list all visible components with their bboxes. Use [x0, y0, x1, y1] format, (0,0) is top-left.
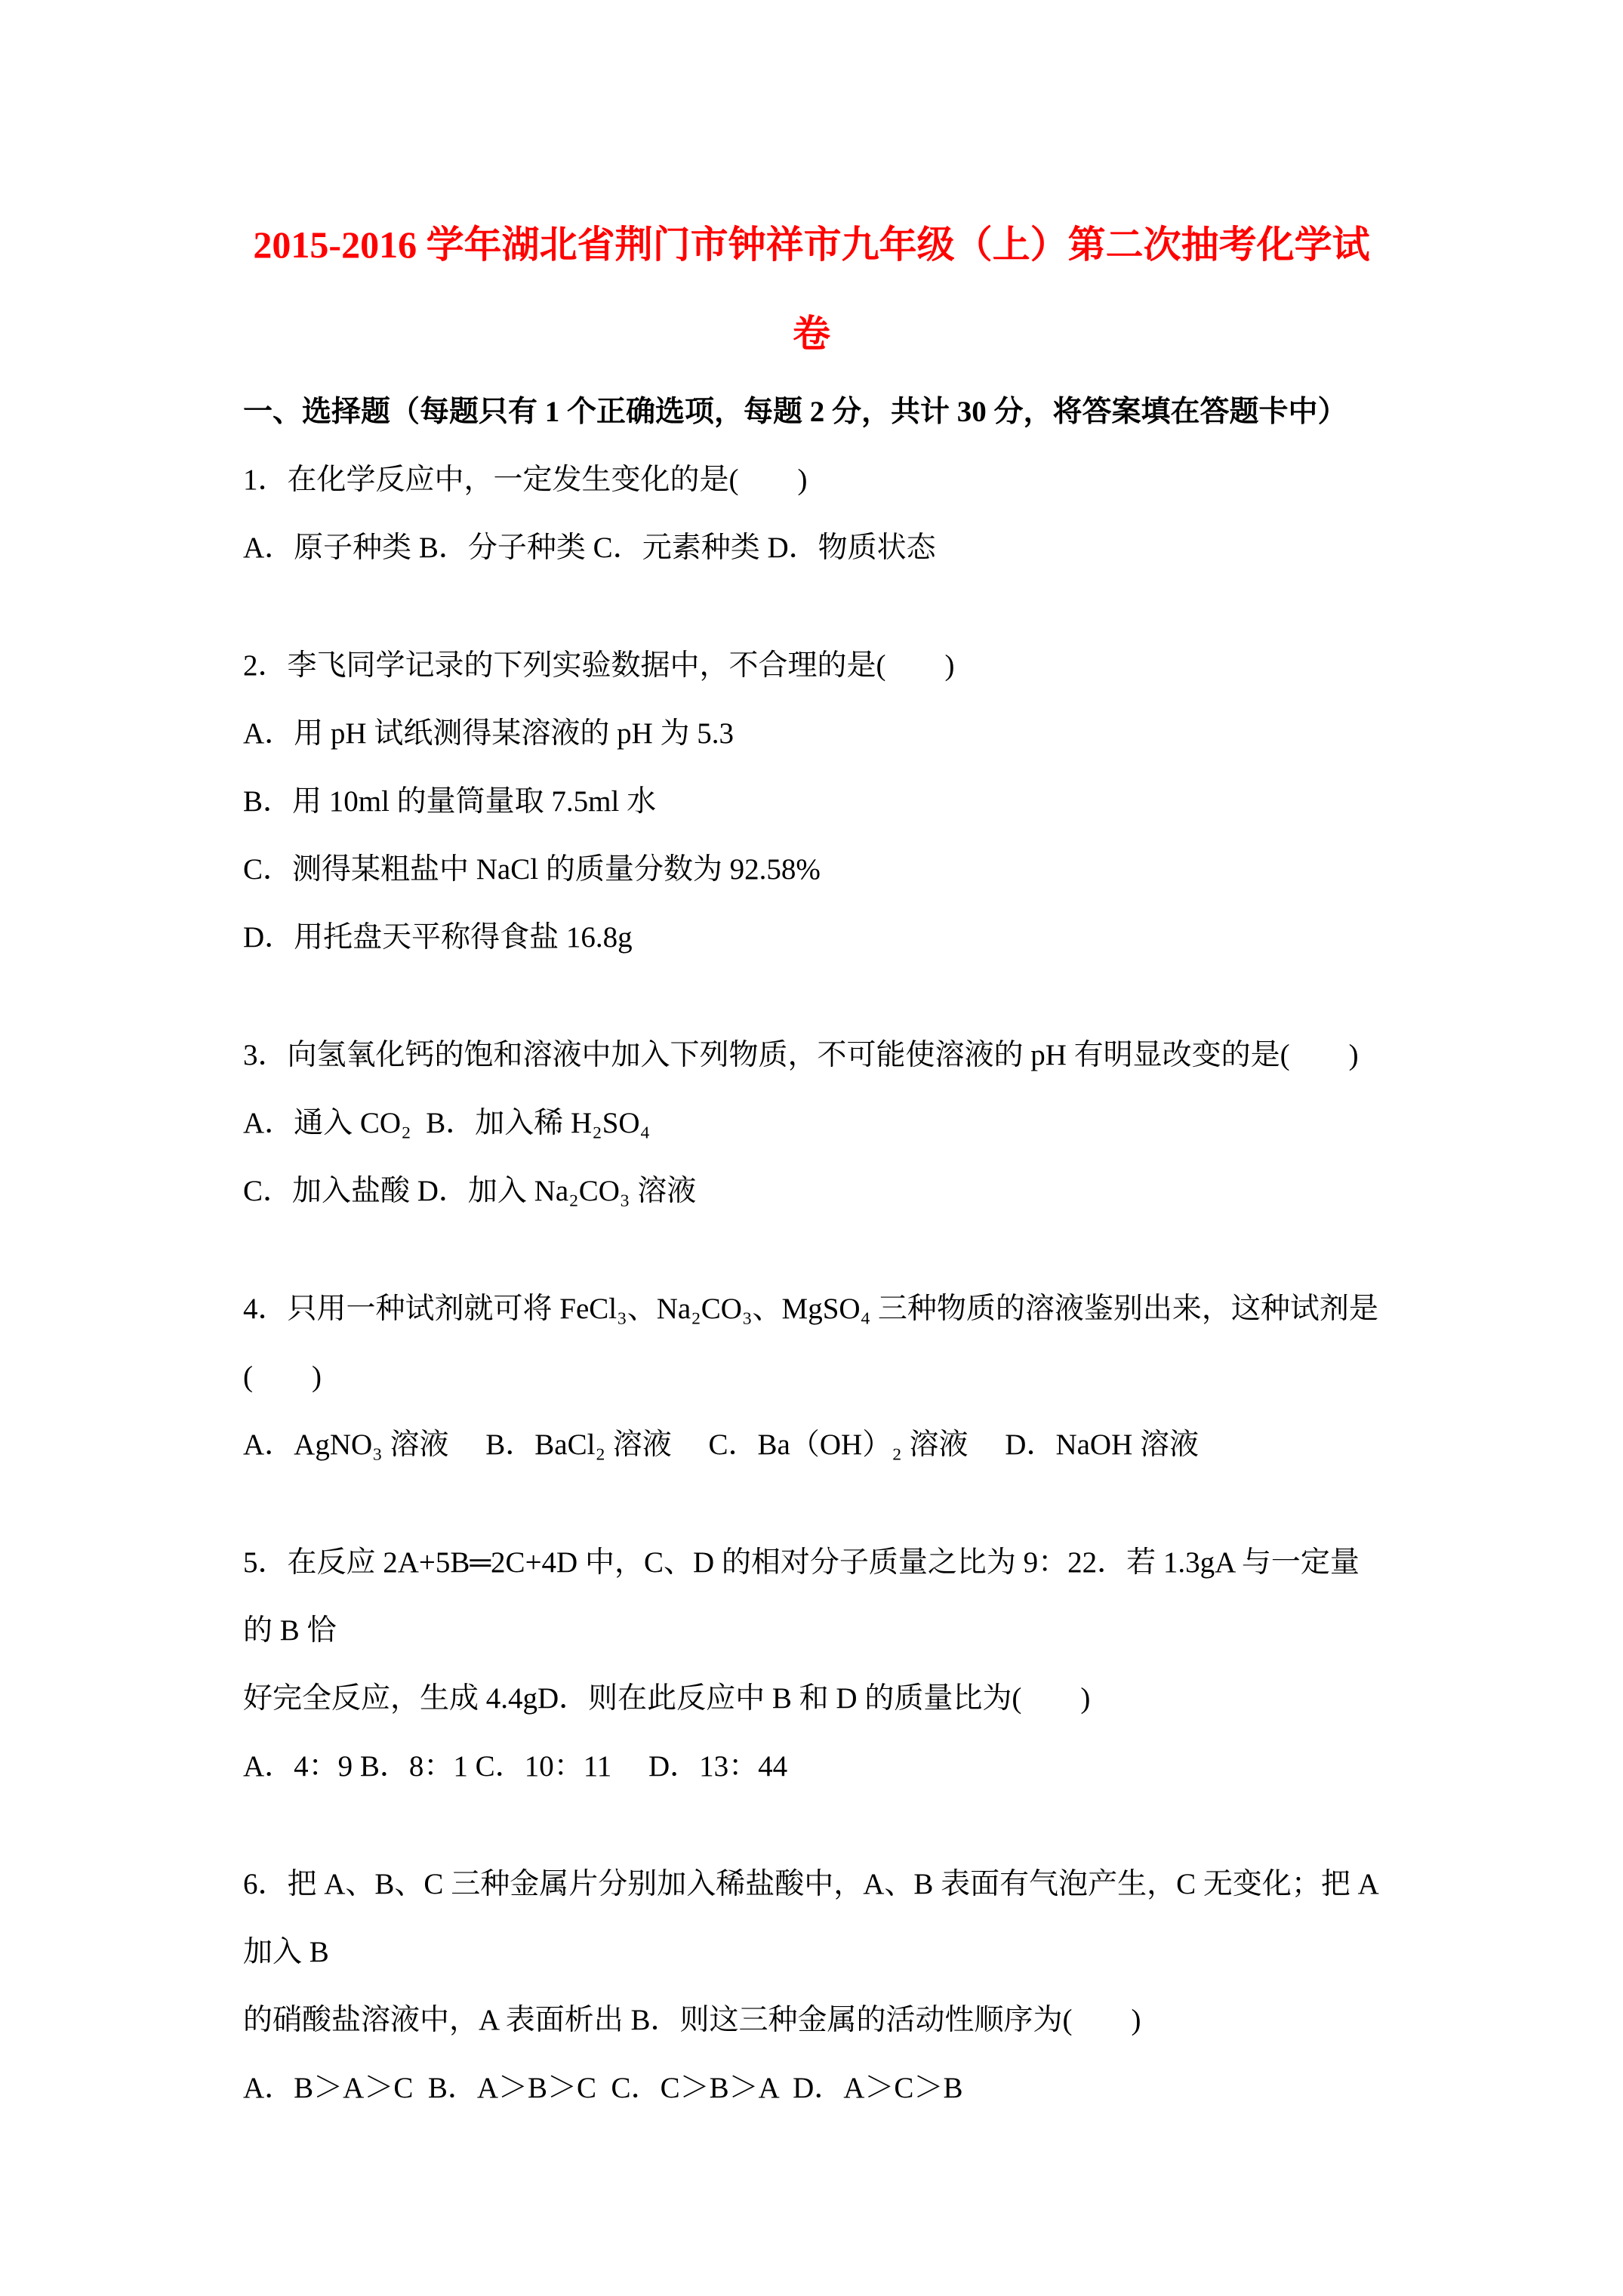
question-1-options: A．原子种类 B．分子种类 C．元素种类 D．物质状态 [243, 514, 1380, 582]
question-3: 3．向氢氧化钙的饱和溶液中加入下列物质，不可能使溶液的 pH 有明显改变的是( … [243, 1022, 1380, 1225]
question-2-option-c: C．测得某粗盐中 NaCl 的质量分数为 92.58% [243, 836, 1380, 904]
question-5-text-line2: 好完全反应，生成 4.4gD．则在此反应中 B 和 D 的质量比为( ) [243, 1665, 1380, 1733]
question-1: 1．在化学反应中，一定发生变化的是( ) A．原子种类 B．分子种类 C．元素种… [243, 446, 1380, 582]
question-6-options: A．B＞A＞C B．A＞B＞C C．C＞B＞A D．A＞C＞B [243, 2054, 1380, 2122]
question-6-text-line1: 6．把 A、B、C 三种金属片分别加入稀盐酸中，A、B 表面有气泡产生，C 无变… [243, 1851, 1380, 1986]
question-5: 5．在反应 2A+5B═2C+4D 中，C、D 的相对分子质量之比为 9：22．… [243, 1529, 1380, 1801]
question-2: 2．李飞同学记录的下列实验数据中，不合理的是( ) A．用 pH 试纸测得某溶液… [243, 632, 1380, 972]
question-3-options-ab: A．通入 CO₂ B．加入稀 H₂SO₄ [243, 1089, 1380, 1157]
question-2-option-d: D．用托盘天平称得食盐 16.8g [243, 904, 1380, 972]
question-2-text: 2．李飞同学记录的下列实验数据中，不合理的是( ) [243, 632, 1380, 700]
question-5-options: A．4：9 B．8：1 C．10：11 D．13：44 [243, 1733, 1380, 1801]
section-heading: 一、选择题（每题只有 1 个正确选项，每题 2 分，共计 30 分，将答案填在答… [243, 378, 1380, 446]
exam-document-page: 2015-2016 学年湖北省荆门市钟祥市九年级（上）第二次抽考化学试 卷 一、… [0, 0, 1623, 2296]
question-4-text: 4．只用一种试剂就可将 FeCl₃、Na₂CO₃、MgSO₄ 三种物质的溶液鉴别… [243, 1275, 1380, 1411]
exam-title: 2015-2016 学年湖北省荆门市钟祥市九年级（上）第二次抽考化学试 卷 [243, 200, 1380, 378]
question-1-text: 1．在化学反应中，一定发生变化的是( ) [243, 446, 1380, 514]
question-6: 6．把 A、B、C 三种金属片分别加入稀盐酸中，A、B 表面有气泡产生，C 无变… [243, 1851, 1380, 2122]
question-2-option-a: A．用 pH 试纸测得某溶液的 pH 为 5.3 [243, 700, 1380, 768]
question-5-text-line1: 5．在反应 2A+5B═2C+4D 中，C、D 的相对分子质量之比为 9：22．… [243, 1529, 1380, 1665]
question-3-options-cd: C．加入盐酸 D．加入 Na₂CO₃ 溶液 [243, 1157, 1380, 1225]
question-4: 4．只用一种试剂就可将 FeCl₃、Na₂CO₃、MgSO₄ 三种物质的溶液鉴别… [243, 1275, 1380, 1479]
question-4-options: A．AgNO₃ 溶液 B．BaCl₂ 溶液 C．Ba（OH）₂ 溶液 D．NaO… [243, 1411, 1380, 1479]
question-6-text-line2: 的硝酸盐溶液中，A 表面析出 B．则这三种金属的活动性顺序为( ) [243, 1986, 1380, 2054]
exam-title-line1: 2015-2016 学年湖北省荆门市钟祥市九年级（上）第二次抽考化学试 [243, 200, 1380, 289]
question-2-option-b: B．用 10ml 的量筒量取 7.5ml 水 [243, 768, 1380, 836]
question-3-text: 3．向氢氧化钙的饱和溶液中加入下列物质，不可能使溶液的 pH 有明显改变的是( … [243, 1022, 1380, 1089]
exam-title-line2: 卷 [243, 289, 1380, 378]
